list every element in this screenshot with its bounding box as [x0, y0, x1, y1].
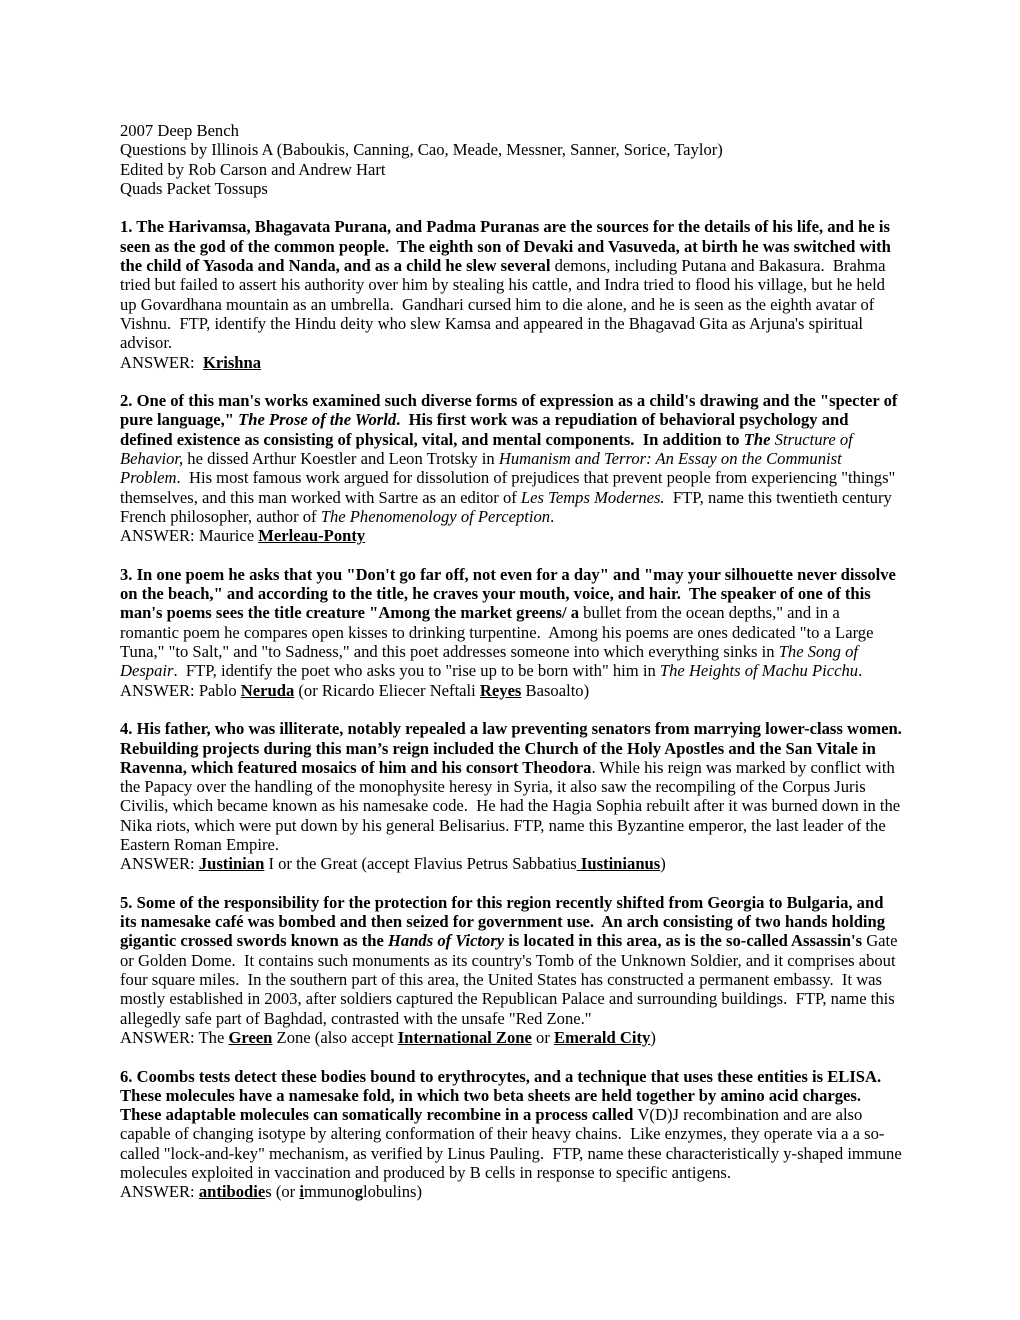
text-run: or [532, 1028, 554, 1047]
text-run: ANSWER: The [120, 1028, 228, 1047]
header-line-packet: Quads Packet Tossups [120, 179, 902, 198]
document-header: 2007 Deep Bench Questions by Illinois A … [120, 121, 902, 198]
question-block-1: 1. The Harivamsa, Bhagavata Purana, and … [120, 217, 902, 371]
document-page: 2007 Deep Bench Questions by Illinois A … [0, 0, 1020, 1320]
question-block-6: 6. Coombs tests detect these bodies boun… [120, 1067, 902, 1202]
questions-container: 1. The Harivamsa, Bhagavata Purana, and … [120, 217, 902, 1201]
text-run: ANSWER: [120, 1182, 199, 1201]
question-block-4: 4. His father, who was illiterate, notab… [120, 719, 902, 873]
question-5-answer: ANSWER: The Green Zone (also accept Inte… [120, 1028, 902, 1047]
text-run: Iustinianus [577, 854, 660, 873]
question-6-answer: ANSWER: antibodies (or immunoglobulins) [120, 1182, 902, 1201]
text-run: ANSWER: Maurice [120, 526, 258, 545]
text-run: ) [660, 854, 666, 873]
text-run: he dissed Arthur Koestler and Leon Trots… [187, 449, 499, 468]
question-6-text: 6. Coombs tests detect these bodies boun… [120, 1067, 902, 1183]
text-run: (or Ricardo Eliecer Neftali [294, 681, 480, 700]
text-run: antibodie [199, 1182, 265, 1201]
question-3-answer: ANSWER: Pablo Neruda (or Ricardo Eliecer… [120, 681, 902, 700]
text-run: ) [650, 1028, 656, 1047]
question-1-answer: ANSWER: Krishna [120, 353, 902, 372]
text-run: Green [228, 1028, 272, 1047]
question-block-5: 5. Some of the responsibility for the pr… [120, 893, 902, 1047]
text-run: Krishna [203, 353, 261, 372]
text-run: . [550, 507, 554, 526]
question-3-text: 3. In one poem he asks that you "Don't g… [120, 565, 902, 681]
text-run: Les Temps Modernes. [521, 488, 665, 507]
question-1-text: 1. The Harivamsa, Bhagavata Purana, and … [120, 217, 902, 352]
question-block-2: 2. One of this man's works examined such… [120, 391, 902, 545]
text-run: mmuno [304, 1182, 355, 1201]
text-run: Merleau-Ponty [258, 526, 365, 545]
text-run: The [744, 430, 775, 449]
text-run: Reyes [480, 681, 521, 700]
text-run: I or the Great (accept Flavius Petrus Sa… [264, 854, 576, 873]
text-run: ANSWER: [120, 854, 199, 873]
question-5-text: 5. Some of the responsibility for the pr… [120, 893, 902, 1028]
text-run: Neruda [241, 681, 294, 700]
text-run: lobulins) [363, 1182, 422, 1201]
question-block-3: 3. In one poem he asks that you "Don't g… [120, 565, 902, 700]
question-4-text: 4. His father, who was illiterate, notab… [120, 719, 902, 854]
text-run: International Zone [398, 1028, 532, 1047]
text-run: ANSWER: [120, 353, 203, 372]
text-run: ANSWER: Pablo [120, 681, 241, 700]
question-2-text: 2. One of this man's works examined such… [120, 391, 902, 526]
header-line-authors: Questions by Illinois A (Baboukis, Canni… [120, 140, 902, 159]
text-run: Zone (also accept [272, 1028, 397, 1047]
header-line-title: 2007 Deep Bench [120, 121, 902, 140]
text-run: The Prose of the World [238, 410, 396, 429]
text-run: Emerald City [554, 1028, 650, 1047]
text-run: s (or [265, 1182, 299, 1201]
text-run: Justinian [199, 854, 264, 873]
text-run: g [355, 1182, 363, 1201]
header-line-editors: Edited by Rob Carson and Andrew Hart [120, 160, 902, 179]
text-run: Basoalto) [521, 681, 589, 700]
text-run: Hands of Victory [388, 931, 504, 950]
text-run: . FTP, identify the poet who asks you to… [173, 661, 659, 680]
text-run: . [858, 661, 862, 680]
question-2-answer: ANSWER: Maurice Merleau-Ponty [120, 526, 902, 545]
question-4-answer: ANSWER: Justinian I or the Great (accept… [120, 854, 902, 873]
text-run: The Heights of Machu Picchu [660, 661, 858, 680]
text-run: The Phenomenology of Perception [321, 507, 550, 526]
text-run: is located in this area, as is the so-ca… [504, 931, 866, 950]
